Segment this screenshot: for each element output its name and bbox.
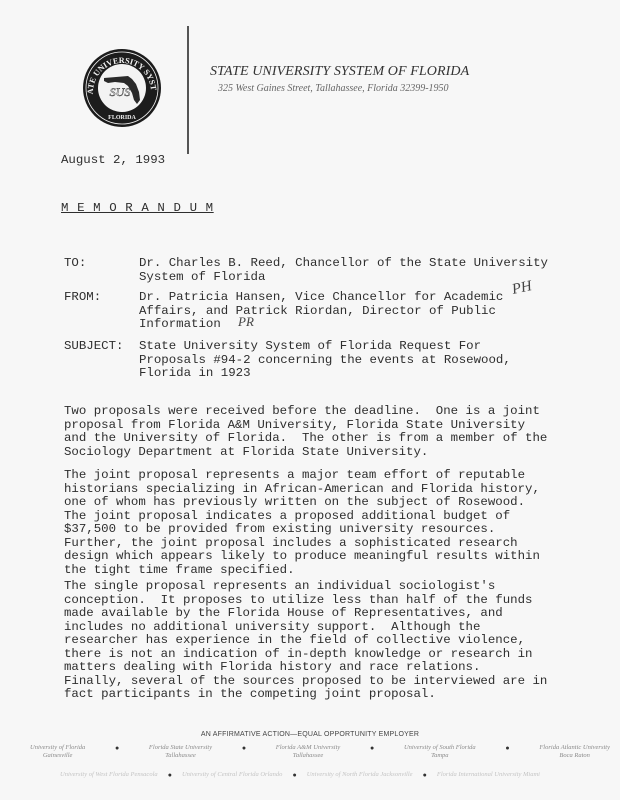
- footer-institution: Florida State UniversityTallahassee: [149, 744, 212, 760]
- bullet-icon: ●: [168, 771, 172, 779]
- subject-value: State University System of Florida Reque…: [139, 340, 511, 381]
- bullet-icon: ●: [242, 744, 246, 752]
- bullet-icon: ●: [505, 744, 509, 752]
- footer-institution: Florida International University Miami: [437, 771, 540, 779]
- to-value: Dr. Charles B. Reed, Chancellor of the S…: [139, 257, 548, 284]
- from-value: Dr. Patricia Hansen, Vice Chancellor for…: [139, 291, 503, 332]
- letterhead-divider: [187, 26, 189, 154]
- footer-institution: University of West Florida Pensacola: [60, 771, 158, 779]
- footer-institution: Florida Atlantic UniversityBoca Raton: [539, 744, 610, 760]
- bullet-icon: ●: [292, 771, 296, 779]
- footer-institution: University of Central Florida Orlando: [182, 771, 282, 779]
- svg-text:SUS: SUS: [110, 85, 131, 99]
- footer-institution: Florida A&M UniversityTallahassee: [276, 744, 341, 760]
- footer-institution: University of FloridaGainesville: [30, 744, 85, 760]
- svg-text:FLORIDA: FLORIDA: [108, 115, 136, 121]
- memo-heading: M E M O R A N D U M: [61, 202, 214, 216]
- to-label: TO:: [64, 257, 86, 271]
- subject-label: SUBJECT:: [64, 340, 124, 354]
- bullet-icon: ●: [115, 744, 119, 752]
- footer-institutions-row-1: University of FloridaGainesville ● Flori…: [30, 744, 610, 760]
- bullet-icon: ●: [370, 744, 374, 752]
- body-paragraph-2: The joint proposal represents a major te…: [64, 469, 540, 577]
- footer-eeo-statement: AN AFFIRMATIVE ACTION—EQUAL OPPORTUNITY …: [0, 731, 620, 738]
- state-university-system-seal-icon: STATE UNIVERSITY SYSTEM FLORIDA SUS: [82, 48, 162, 128]
- letterhead-title: STATE UNIVERSITY SYSTEM OF FLORIDA: [210, 64, 469, 80]
- from-label: FROM:: [64, 291, 101, 305]
- body-paragraph-1: Two proposals were received before the d…: [64, 405, 547, 459]
- bullet-icon: ●: [423, 771, 427, 779]
- footer-institutions-row-2: University of West Florida Pensacola ● U…: [60, 771, 540, 779]
- memo-date: August 2, 1993: [61, 154, 165, 168]
- letterhead-address: 325 West Gaines Street, Tallahassee, Flo…: [218, 83, 449, 94]
- footer-institution: University of South FloridaTampa: [404, 744, 476, 760]
- body-paragraph-3: The single proposal represents an indivi…: [64, 580, 547, 702]
- handwritten-initials-pr: PR: [238, 314, 254, 330]
- footer-institution: University of North Florida Jacksonville: [307, 771, 413, 779]
- handwritten-initials-ph: PH: [510, 278, 533, 299]
